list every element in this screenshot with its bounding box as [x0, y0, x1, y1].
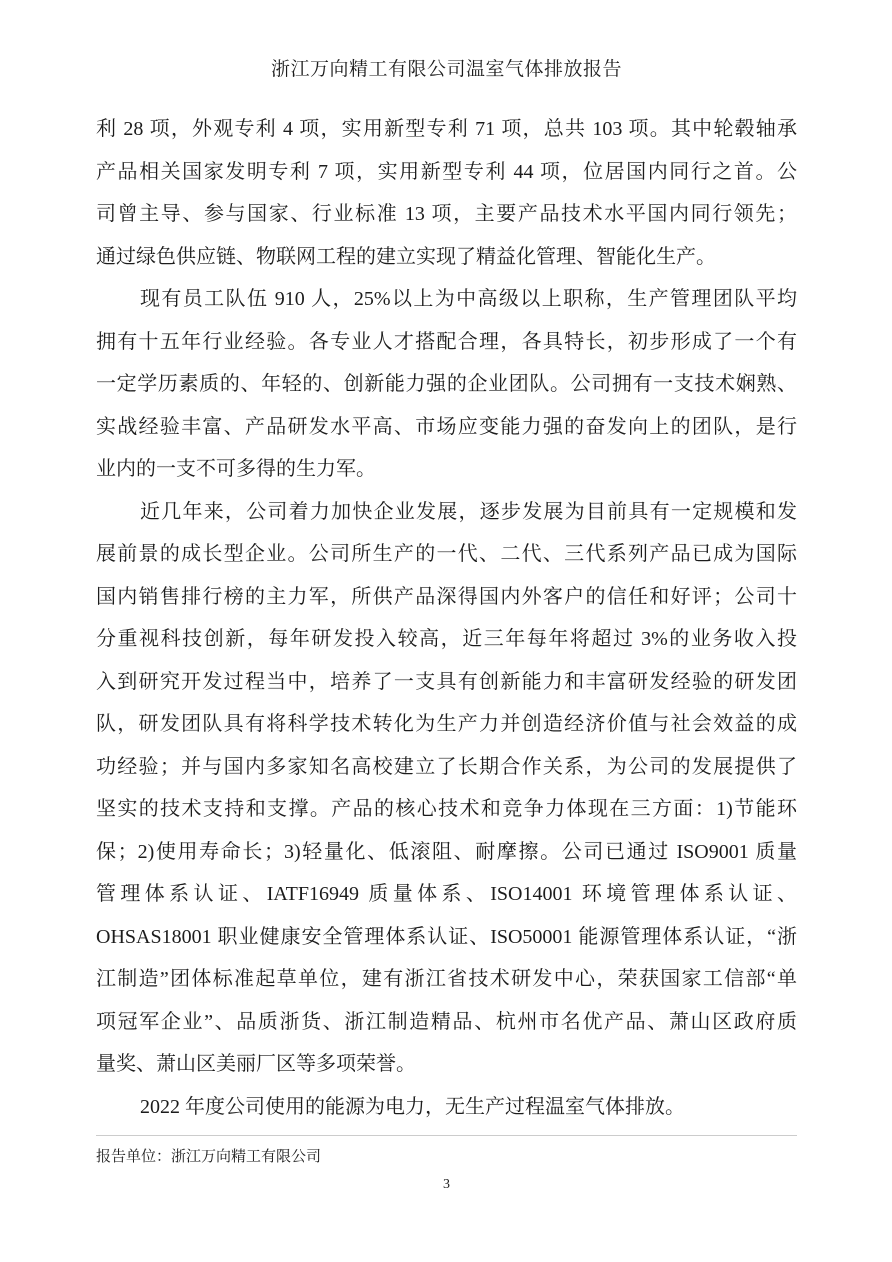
- body-line: 分重视科技创新，每年研发投入较高，近三年每年将超过 3%的业务收入投: [96, 618, 797, 661]
- document-body: 利 28 项，外观专利 4 项，实用新型专利 71 项，总共 103 项。其中轮…: [96, 108, 797, 1128]
- body-line: 实战经验丰富、产品研发水平高、市场应变能力强的奋发向上的团队，是行: [96, 406, 797, 449]
- page-number: 3: [96, 1176, 797, 1194]
- body-line: 产品相关国家发明专利 7 项，实用新型专利 44 项，位居国内同行之首。公: [96, 151, 797, 194]
- body-line: 入到研究开发过程当中，培养了一支具有创新能力和丰富研发经验的研发团: [96, 661, 797, 704]
- body-line: 国内销售排行榜的主力军，所供产品深得国内外客户的信任和好评；公司十: [96, 576, 797, 619]
- report-unit-value: 浙江万向精工有限公司: [171, 1149, 321, 1165]
- body-line: OHSAS18001 职业健康安全管理体系认证、ISO50001 能源管理体系认…: [96, 916, 797, 959]
- body-line: 近几年来，公司着力加快企业发展，逐步发展为目前具有一定规模和发: [96, 491, 797, 534]
- page-footer: 报告单位：浙江万向精工有限公司 3: [96, 1135, 797, 1194]
- body-line: 保；2)使用寿命长；3)轻量化、低滚阻、耐摩擦。公司已通过 ISO9001 质量: [96, 831, 797, 874]
- body-line: 拥有十五年行业经验。各专业人才搭配合理，各具特长，初步形成了一个有: [96, 321, 797, 364]
- body-line: 司曾主导、参与国家、行业标准 13 项，主要产品技术水平国内同行领先；: [96, 193, 797, 236]
- body-line: 坚实的技术支持和支撑。产品的核心技术和竞争力体现在三方面：1)节能环: [96, 788, 797, 831]
- body-line: 业内的一支不可多得的生力军。: [96, 448, 797, 491]
- body-line: 现有员工队伍 910 人，25%以上为中高级以上职称，生产管理团队平均: [96, 278, 797, 321]
- body-line: 功经验；并与国内多家知名高校建立了长期合作关系，为公司的发展提供了: [96, 746, 797, 789]
- report-unit: 报告单位：浙江万向精工有限公司: [96, 1147, 797, 1167]
- body-line: 量奖、萧山区美丽厂区等多项荣誉。: [96, 1043, 797, 1086]
- body-line: 项冠军企业”、品质浙货、浙江制造精品、杭州市名优产品、萧山区政府质: [96, 1001, 797, 1044]
- body-line: 江制造”团体标准起草单位，建有浙江省技术研发中心，荣获国家工信部“单: [96, 958, 797, 1001]
- page-header-title: 浙江万向精工有限公司温室气体排放报告: [96, 58, 797, 82]
- body-line: 通过绿色供应链、物联网工程的建立实现了精益化管理、智能化生产。: [96, 236, 797, 279]
- report-unit-label: 报告单位：: [96, 1149, 171, 1165]
- body-line: 利 28 项，外观专利 4 项，实用新型专利 71 项，总共 103 项。其中轮…: [96, 108, 797, 151]
- footer-divider: [96, 1135, 797, 1136]
- body-line: 2022 年度公司使用的能源为电力，无生产过程温室气体排放。: [96, 1086, 797, 1129]
- body-line: 队，研发团队具有将科学技术转化为生产力并创造经济价值与社会效益的成: [96, 703, 797, 746]
- body-line: 管理体系认证、IATF16949 质量体系、ISO14001 环境管理体系认证、: [96, 873, 797, 916]
- body-line: 一定学历素质的、年轻的、创新能力强的企业团队。公司拥有一支技术娴熟、: [96, 363, 797, 406]
- document-page: 浙江万向精工有限公司温室气体排放报告 利 28 项，外观专利 4 项，实用新型专…: [0, 0, 892, 1262]
- body-line: 展前景的成长型企业。公司所生产的一代、二代、三代系列产品已成为国际: [96, 533, 797, 576]
